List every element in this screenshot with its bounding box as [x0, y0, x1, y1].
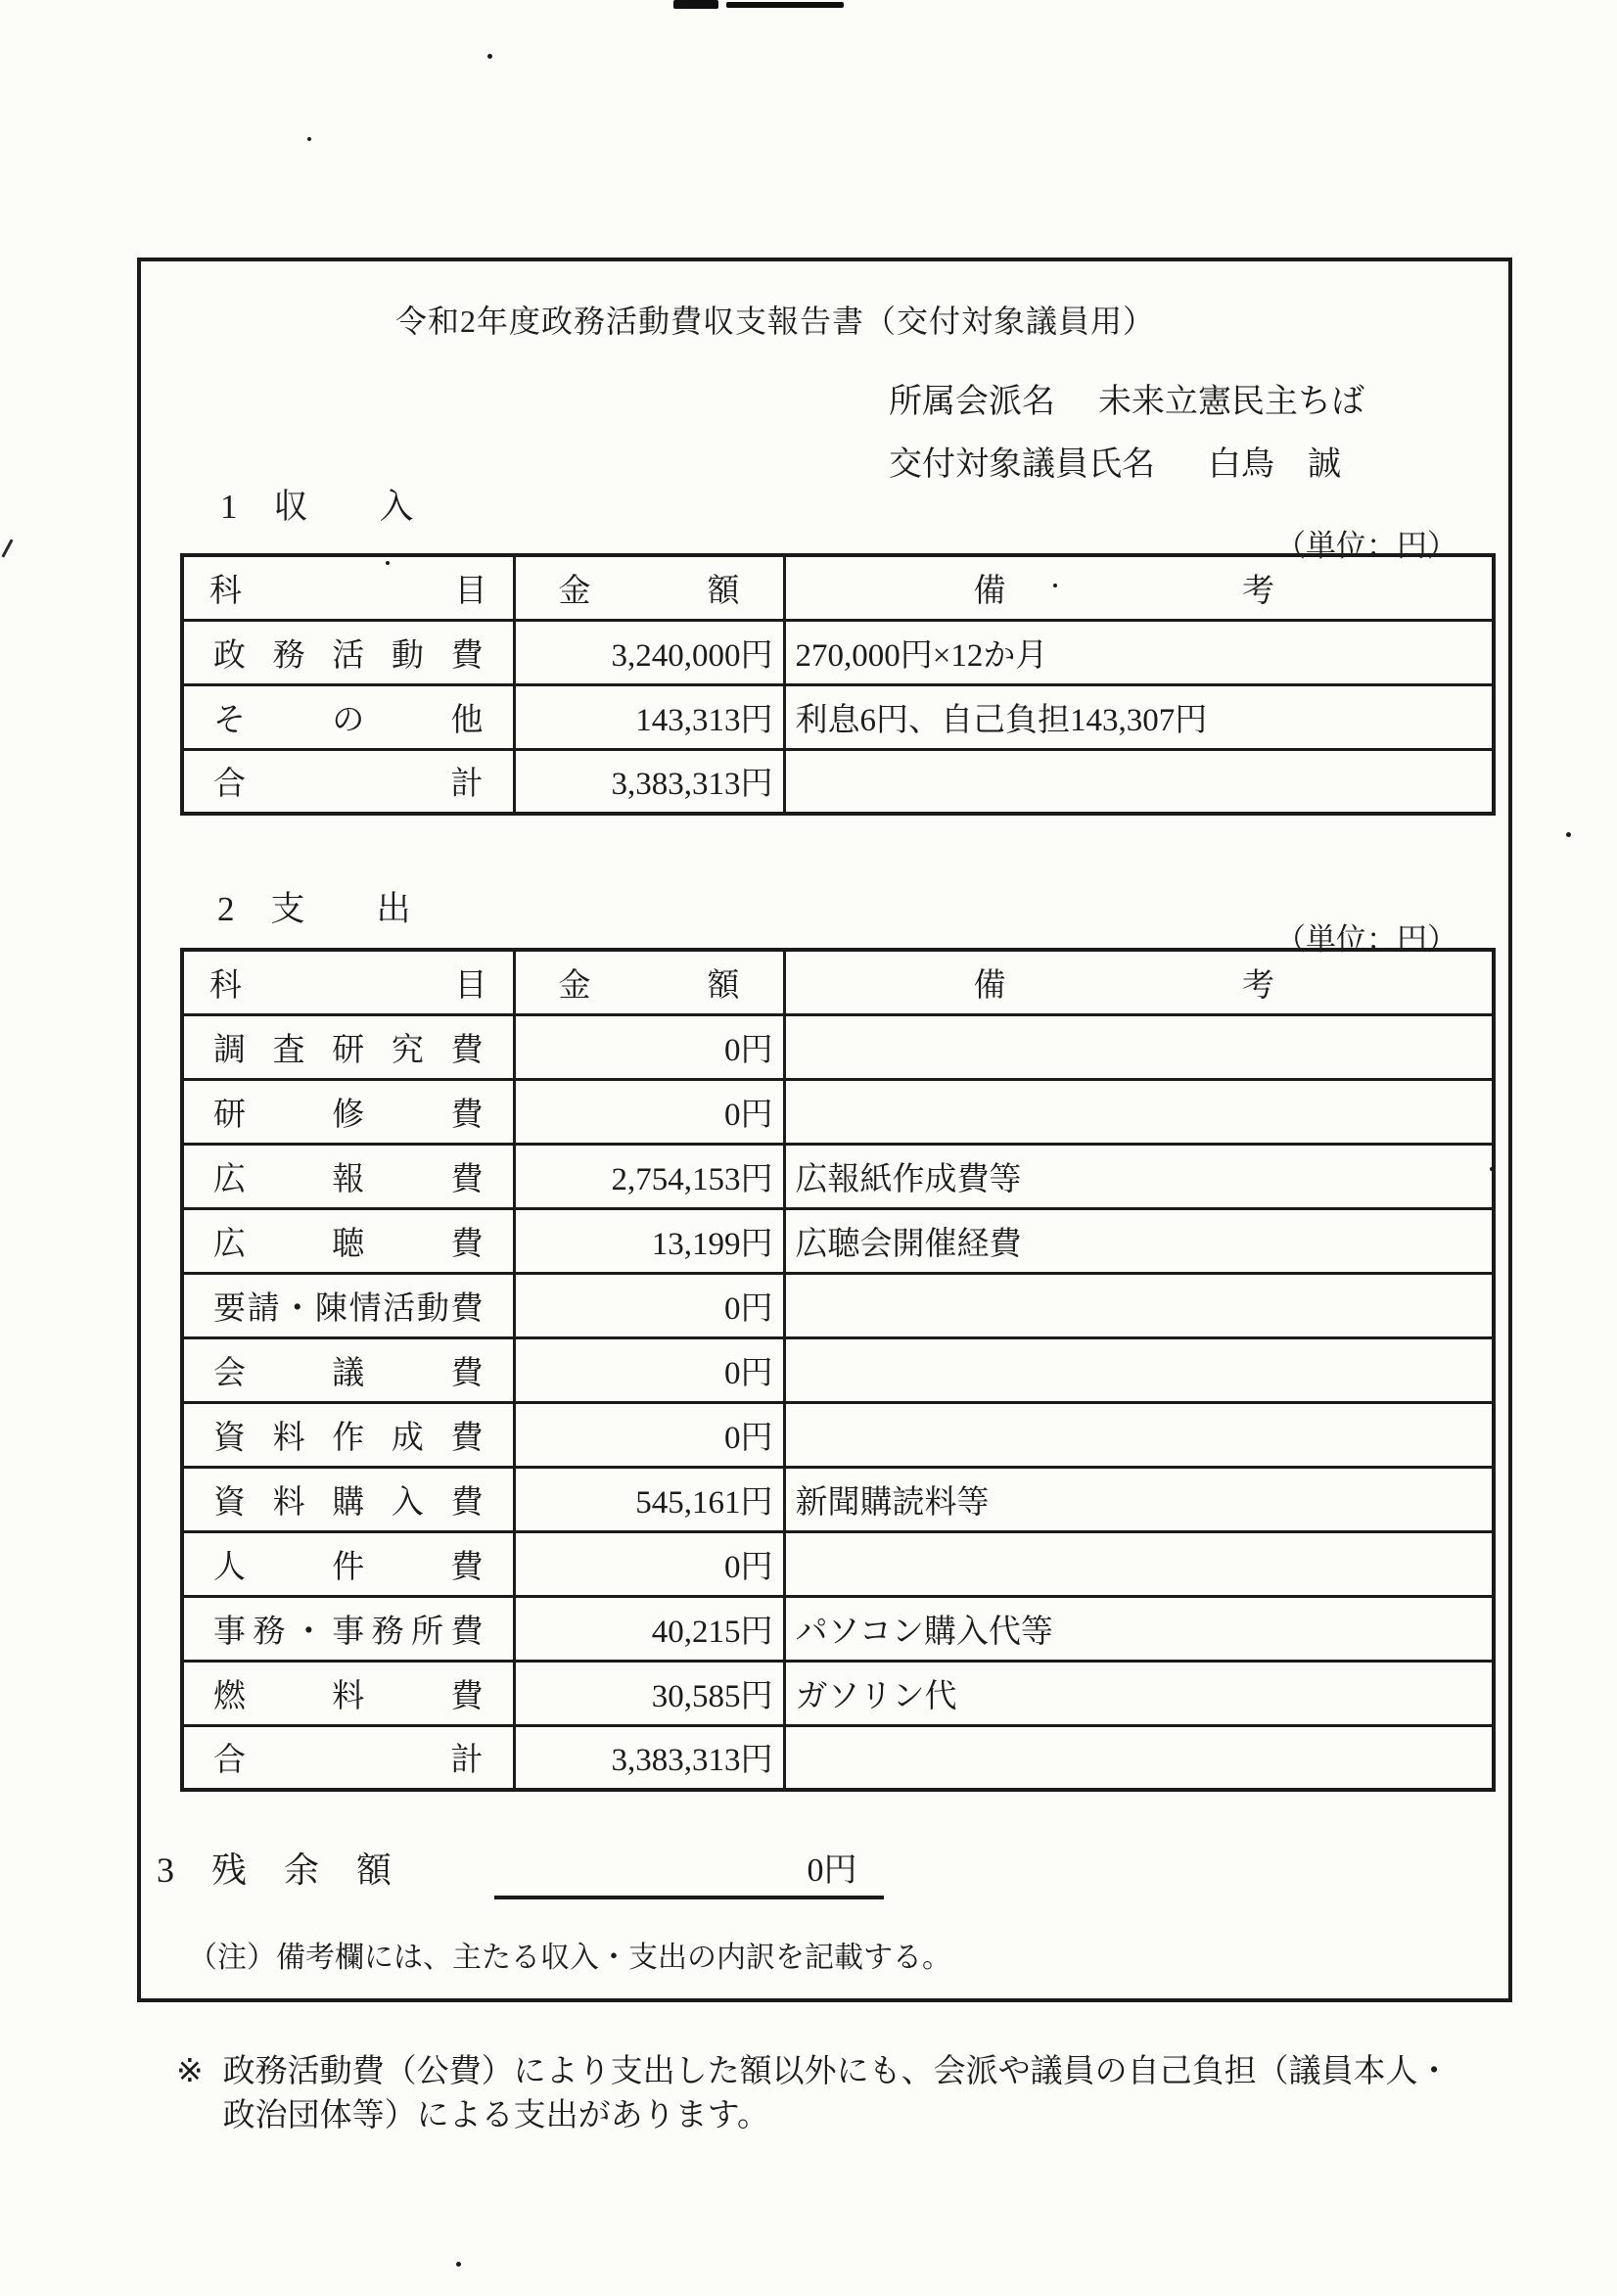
table-row: その他 143,313円 利息6円、自己負担143,307円: [182, 684, 1494, 749]
table-row: 要請・陳情活動費 0円: [182, 1273, 1494, 1337]
note-cell: [784, 1725, 1494, 1790]
amount-cell: 3,383,313円: [514, 749, 784, 814]
expense-header-amount: 金額: [514, 950, 784, 1014]
note-cell: 利息6円、自己負担143,307円: [784, 684, 1494, 749]
note-cell: 広聴会開催経費: [784, 1208, 1494, 1273]
expense-header-row: 科目 金額 備考: [182, 950, 1494, 1014]
page-title: 令和2年度政務活動費収支報告書（交付対象議員用）: [395, 297, 1155, 342]
item-cell: 政務活動費: [182, 620, 514, 684]
reference-mark-icon: ※: [176, 2050, 204, 2138]
table-row: 燃料費 30,585円 ガソリン代: [182, 1661, 1494, 1725]
amount-cell: 30,585円: [514, 1661, 784, 1725]
item-cell: 合計: [182, 749, 514, 814]
note-cell: [784, 1079, 1494, 1144]
table-row: 資料購入費 545,161円 新聞購読料等: [182, 1467, 1494, 1531]
footnote-line-1: 政務活動費（公費）により支出した額以外にも、会派や議員の自己負担（議員本人・: [223, 2050, 1451, 2094]
faction-value: 未来立憲民主ちば: [1098, 384, 1364, 420]
scan-speck: [726, 2, 844, 8]
table-row: 調査研究費 0円: [182, 1014, 1494, 1079]
amount-cell: 2,754,153円: [514, 1144, 784, 1208]
item-cell: 会議費: [182, 1337, 514, 1402]
scanned-report-page: 令和2年度政務活動費収支報告書（交付対象議員用） 所属会派名未来立憲民主ちば 交…: [0, 0, 1617, 2296]
scan-speck: [1, 539, 13, 557]
table-row: 事務・事務所費 40,215円 パソコン購入代等: [182, 1596, 1494, 1661]
item-cell: 広報費: [182, 1144, 514, 1208]
income-section-heading: 1 収 入: [220, 480, 415, 529]
footnote-text: 政務活動費（公費）により支出した額以外にも、会派や議員の自己負担（議員本人・ 政…: [223, 2050, 1451, 2138]
income-header-row: 科目 金額 備考: [182, 555, 1494, 620]
note-cell: 270,000円×12か月: [784, 620, 1494, 684]
remainder-underline: [494, 1896, 884, 1899]
income-header-item: 科目: [182, 555, 514, 620]
item-cell: 広聴費: [182, 1208, 514, 1273]
table-row: 合計 3,383,313円: [182, 749, 1494, 814]
item-cell: その他: [182, 684, 514, 749]
table-row: 資料作成費 0円: [182, 1402, 1494, 1467]
note-cell: 広報紙作成費等: [784, 1144, 1494, 1208]
item-cell: 調査研究費: [182, 1014, 514, 1079]
note-cell: パソコン購入代等: [784, 1596, 1494, 1661]
table-row: 研修費 0円: [182, 1079, 1494, 1144]
member-value: 白鳥 誠: [1208, 446, 1341, 483]
amount-cell: 13,199円: [514, 1208, 784, 1273]
table-row: 広報費 2,754,153円 広報紙作成費等: [182, 1144, 1494, 1208]
scan-speck: [307, 137, 311, 141]
amount-cell: 0円: [514, 1014, 784, 1079]
note-cell: [784, 749, 1494, 814]
footnote: ※ 政務活動費（公費）により支出した額以外にも、会派や議員の自己負担（議員本人・…: [176, 2050, 1451, 2138]
scan-speck: [673, 0, 718, 9]
remainder-amount: 0円: [773, 1843, 891, 1891]
amount-cell: 3,383,313円: [514, 1725, 784, 1790]
amount-cell: 0円: [514, 1079, 784, 1144]
note-cell: ガソリン代: [784, 1661, 1494, 1725]
item-cell: 資料作成費: [182, 1402, 514, 1467]
scan-speck: [1566, 832, 1571, 837]
expense-header-item: 科目: [182, 950, 514, 1014]
amount-cell: 40,215円: [514, 1596, 784, 1661]
amount-cell: 143,313円: [514, 684, 784, 749]
note-cell: [784, 1402, 1494, 1467]
item-cell: 要請・陳情活動費: [182, 1273, 514, 1337]
item-cell: 人件費: [182, 1531, 514, 1596]
scan-speck: [456, 2262, 461, 2267]
note-cell: [784, 1531, 1494, 1596]
note-line: （注）備考欄には、主たる収入・支出の内訳を記載する。: [188, 1933, 951, 1976]
expense-section-heading: 2 支 出: [217, 882, 412, 931]
item-cell: 合計: [182, 1725, 514, 1790]
table-row: 合計 3,383,313円: [182, 1725, 1494, 1790]
note-cell: 新聞購読料等: [784, 1467, 1494, 1531]
item-cell: 燃料費: [182, 1661, 514, 1725]
table-row: 広聴費 13,199円 広聴会開催経費: [182, 1208, 1494, 1273]
faction-line: 所属会派名未来立憲民主ちば: [889, 374, 1364, 422]
amount-cell: 3,240,000円: [514, 620, 784, 684]
income-header-amount: 金額: [514, 555, 784, 620]
faction-label: 所属会派名: [889, 384, 1055, 420]
footnote-line-2: 政治団体等）による支出があります。: [223, 2094, 1451, 2138]
table-row: 政務活動費 3,240,000円 270,000円×12か月: [182, 620, 1494, 684]
remainder-heading: 3 残 余 額: [157, 1843, 393, 1893]
amount-cell: 0円: [514, 1337, 784, 1402]
item-cell: 事務・事務所費: [182, 1596, 514, 1661]
income-table: 科目 金額 備考 政務活動費 3,240,000円 270,000円×12か月 …: [180, 553, 1496, 816]
item-cell: 研修費: [182, 1079, 514, 1144]
note-cell: [784, 1337, 1494, 1402]
expense-table: 科目 金額 備考 調査研究費 0円 研修費 0円 広報費 2,754,153円 …: [180, 948, 1496, 1792]
note-cell: [784, 1014, 1494, 1079]
amount-cell: 0円: [514, 1273, 784, 1337]
note-cell: [784, 1273, 1494, 1337]
table-row: 会議費 0円: [182, 1337, 1494, 1402]
amount-cell: 0円: [514, 1531, 784, 1596]
amount-cell: 0円: [514, 1402, 784, 1467]
member-line: 交付対象議員氏名白鳥 誠: [889, 437, 1341, 485]
expense-header-note: 備考: [784, 950, 1494, 1014]
item-cell: 資料購入費: [182, 1467, 514, 1531]
member-label: 交付対象議員氏名: [889, 446, 1155, 483]
table-row: 人件費 0円: [182, 1531, 1494, 1596]
scan-speck: [487, 54, 492, 59]
amount-cell: 545,161円: [514, 1467, 784, 1531]
income-header-note: 備考: [784, 555, 1494, 620]
